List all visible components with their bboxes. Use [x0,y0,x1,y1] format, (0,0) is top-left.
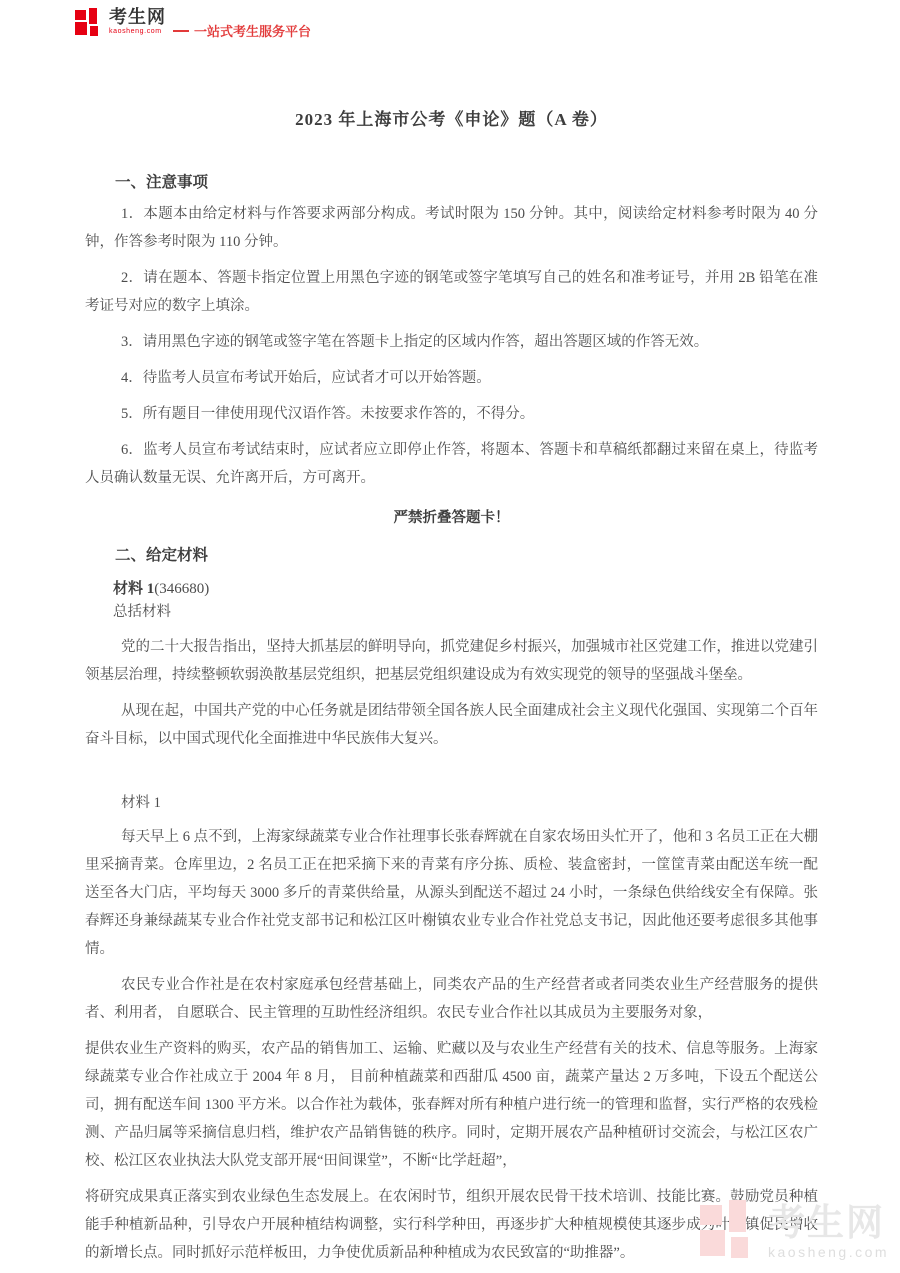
material1-label-bold: 材料 1 [113,581,154,597]
material-paragraph: 提供农业生产资料的购买，农产品的销售加工、运输、贮藏以及与农业生产经营有关的技术… [85,1035,818,1175]
material1-label: 材料 1(346680) [85,579,818,600]
document-page: 2023 年上海市公考《申论》题（A 卷） 一、注意事项 1．本题本由给定材料与… [0,0,900,1273]
notice-item-3: 3．请用黑色字迹的钢笔或签字笔在答题卡上指定的区域内作答，超出答题区域的作答无效… [85,328,818,356]
material1-heading: 材料 1 [85,791,818,815]
warning-text: 严禁折叠答题卡！ [85,506,818,527]
material1-label-id: (346680) [154,581,209,597]
section1-heading: 一、注意事项 [85,170,818,192]
overview-paragraph: 党的二十大报告指出，坚持大抓基层的鲜明导向，抓党建促乡村振兴，加强城市社区党建工… [85,633,818,689]
notice-item-1: 1．本题本由给定材料与作答要求两部分构成。考试时限为 150 分钟。其中，阅读给… [85,200,818,256]
kaosheng-watermark-text: 考生网 kaosheng.com [768,1204,889,1259]
watermark-brand-name: 考生网 [768,1204,889,1241]
notice-item-4: 4．待监考人员宣布考试开始后，应试者才可以开始答题。 [85,364,818,392]
overview-paragraph: 从现在起，中国共产党的中心任务就是团结带领全国各族人民全面建成社会主义现代化强国… [85,697,818,753]
material-subtitle: 总括材料 [85,602,818,623]
material-paragraph: 每天早上 6 点不到，上海家绿蔬菜专业合作社理事长张春辉就在自家农场田头忙开了，… [85,823,818,963]
section2-heading: 二、给定材料 [85,543,818,565]
material-paragraph: 农民专业合作社是在农村家庭承包经营基础上，同类农产品的生产经营者或者同类农业生产… [85,971,818,1027]
notice-item-6: 6．监考人员宣布考试结束时，应试者应立即停止作答，将题本、答题卡和草稿纸都翻过来… [85,436,818,492]
notice-item-5: 5．所有题目一律使用现代汉语作答。未按要求作答的，不得分。 [85,400,818,428]
kaosheng-watermark: 考生网 kaosheng.com [700,1200,889,1262]
watermark-brand-domain: kaosheng.com [768,1245,889,1259]
notice-item-2: 2．请在题本、答题卡指定位置上用黑色字迹的钢笔或签字笔填写自己的姓名和准考证号，… [85,264,818,320]
kaosheng-watermark-icon [700,1200,756,1262]
document-title: 2023 年上海市公考《申论》题（A 卷） [85,105,818,130]
